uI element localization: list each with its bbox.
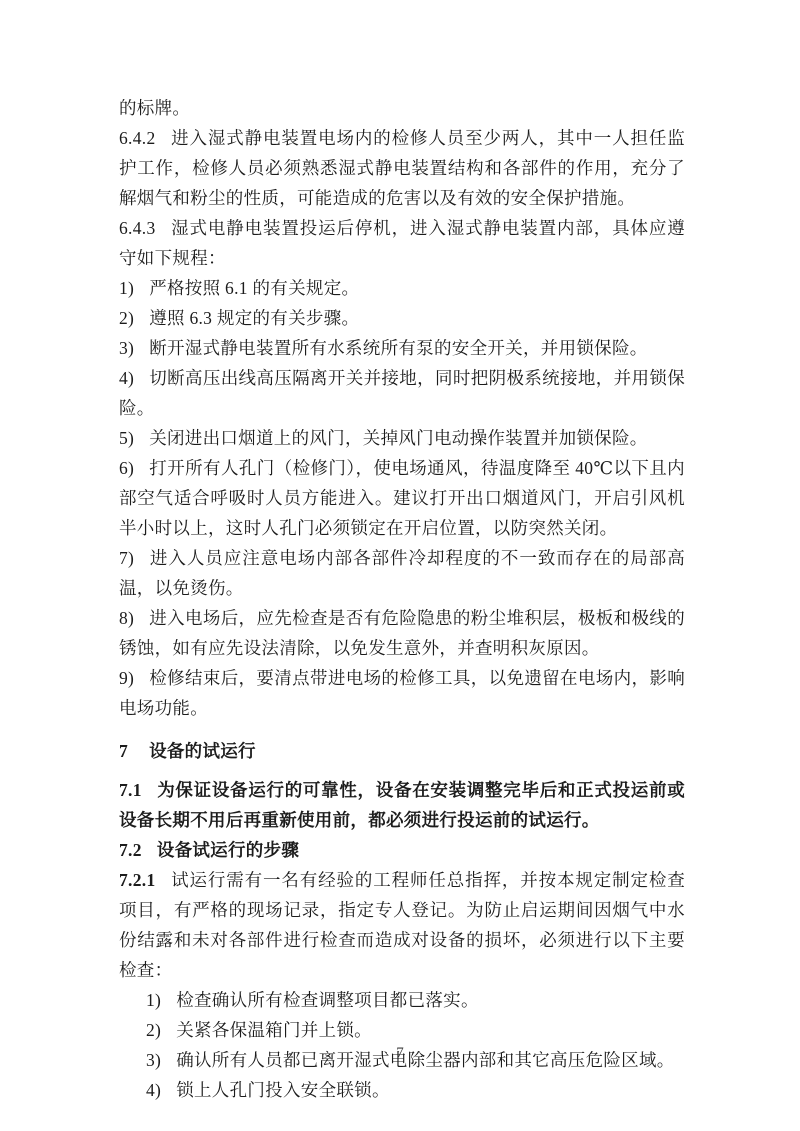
list-item: 2)遵照 6.3 规定的有关步骤。	[119, 303, 685, 333]
paragraph-number: 2)	[119, 308, 134, 328]
paragraph-number: 7)	[119, 548, 134, 568]
list-item: 6)打开所有人孔门（检修门），使电场通风，待温度降至 40℃以下且内部空气适合呼…	[119, 453, 685, 543]
paragraph: 7.1为保证设备运行的可靠性，设备在安装调整完毕后和正式投运前或设备长期不用后再…	[119, 775, 685, 835]
paragraph: 7.2设备试运行的步骤	[119, 835, 685, 865]
paragraph-number: 5)	[119, 428, 134, 448]
paragraph-text: 关紧各保温箱门并上锁。	[176, 1020, 372, 1040]
page-number: 7	[0, 1043, 800, 1063]
paragraph-text: 关闭进出口烟道上的风门，关掉风门电动操作装置并加锁保险。	[149, 428, 647, 448]
paragraph-number: 4)	[146, 1080, 161, 1100]
list-item: 5)关闭进出口烟道上的风门，关掉风门电动操作装置并加锁保险。	[119, 423, 685, 453]
paragraph-text: 的标牌。	[119, 98, 190, 118]
paragraph-number: 6)	[119, 458, 134, 478]
list-item: 7)进入人员应注意电场内部各部件冷却程度的不一致而存在的局部高温，以免烫伤。	[119, 543, 685, 603]
list-item: 9)检修结束后，要清点带进电场的检修工具，以免遗留在电场内，影响电场功能。	[119, 663, 685, 723]
paragraph-number: 6.4.3	[119, 218, 156, 238]
paragraph-text: 锁上人孔门投入安全联锁。	[176, 1080, 390, 1100]
list-item: 2)关紧各保温箱门并上锁。	[119, 1015, 685, 1045]
paragraph-text: 检查确认所有检查调整项目都已落实。	[176, 990, 479, 1010]
paragraph-text: 切断高压出线高压隔离开关并接地，同时把阴极系统接地，并用锁保险。	[119, 368, 685, 418]
list-item: 4)切断高压出线高压隔离开关并接地，同时把阴极系统接地，并用锁保险。	[119, 363, 685, 423]
paragraph-text: 打开所有人孔门（检修门），使电场通风，待温度降至 40℃以下且内部空气适合呼吸时…	[119, 458, 685, 538]
paragraph: 7.2.1试运行需有一名有经验的工程师任总指挥，并按本规定制定检查项目，有严格的…	[119, 865, 685, 985]
list-item: 3)断开湿式静电装置所有水系统所有泵的安全开关，并用锁保险。	[119, 333, 685, 363]
paragraph-number: 7.2	[119, 840, 142, 860]
paragraph-number: 3)	[119, 338, 134, 358]
paragraph-text: 进入湿式静电装置电场内的检修人员至少两人，其中一人担任监护工作，检修人员必须熟悉…	[119, 128, 685, 208]
paragraph-number: 1)	[146, 990, 161, 1010]
list-item: 4)锁上人孔门投入安全联锁。	[119, 1075, 685, 1105]
paragraph-text: 严格按照 6.1 的有关规定。	[149, 278, 359, 298]
paragraph: 6.4.2进入湿式静电装置电场内的检修人员至少两人，其中一人担任监护工作，检修人…	[119, 123, 685, 213]
paragraph-number: 8)	[119, 608, 134, 628]
paragraph-number: 2)	[146, 1020, 161, 1040]
list-item: 1)严格按照 6.1 的有关规定。	[119, 273, 685, 303]
paragraph-number: 1)	[119, 278, 134, 298]
section-heading: 7设备的试运行	[119, 736, 685, 766]
paragraph-number: 7	[119, 741, 128, 761]
paragraph-text: 检修结束后，要清点带进电场的检修工具，以免遗留在电场内，影响电场功能。	[119, 668, 685, 718]
paragraph-text: 断开湿式静电装置所有水系统所有泵的安全开关，并用锁保险。	[149, 338, 647, 358]
paragraph-text: 为保证设备运行的可靠性，设备在安装调整完毕后和正式投运前或设备长期不用后再重新使…	[119, 780, 685, 830]
paragraph-text: 试运行需有一名有经验的工程师任总指挥，并按本规定制定检查项目，有严格的现场记录，…	[119, 870, 685, 980]
paragraph-text: 进入电场后，应先检查是否有危险隐患的粉尘堆积层，极板和极线的锈蚀，如有应先设法清…	[119, 608, 685, 658]
paragraph-text: 设备试运行的步骤	[157, 840, 299, 860]
paragraph-number: 9)	[119, 668, 134, 688]
list-item: 8)进入电场后，应先检查是否有危险隐患的粉尘堆积层，极板和极线的锈蚀，如有应先设…	[119, 603, 685, 663]
paragraph-number: 4)	[119, 368, 134, 388]
paragraph-number: 7.1	[119, 780, 142, 800]
list-item: 1)检查确认所有检查调整项目都已落实。	[119, 985, 685, 1015]
paragraph-text: 湿式电静电装置投运后停机，进入湿式静电装置内部，具体应遵守如下规程：	[119, 218, 685, 268]
paragraph-number: 6.4.2	[119, 128, 156, 148]
document-content: 的标牌。6.4.2进入湿式静电装置电场内的检修人员至少两人，其中一人担任监护工作…	[119, 93, 685, 1105]
paragraph: 的标牌。	[119, 93, 685, 123]
document-page: 的标牌。6.4.2进入湿式静电装置电场内的检修人员至少两人，其中一人担任监护工作…	[0, 0, 800, 1131]
paragraph: 6.4.3湿式电静电装置投运后停机，进入湿式静电装置内部，具体应遵守如下规程：	[119, 213, 685, 273]
paragraph-text: 设备的试运行	[149, 741, 256, 761]
paragraph-text: 遵照 6.3 规定的有关步骤。	[149, 308, 359, 328]
paragraph-number: 7.2.1	[119, 870, 156, 890]
paragraph-text: 进入人员应注意电场内部各部件冷却程度的不一致而存在的局部高温，以免烫伤。	[119, 548, 685, 598]
